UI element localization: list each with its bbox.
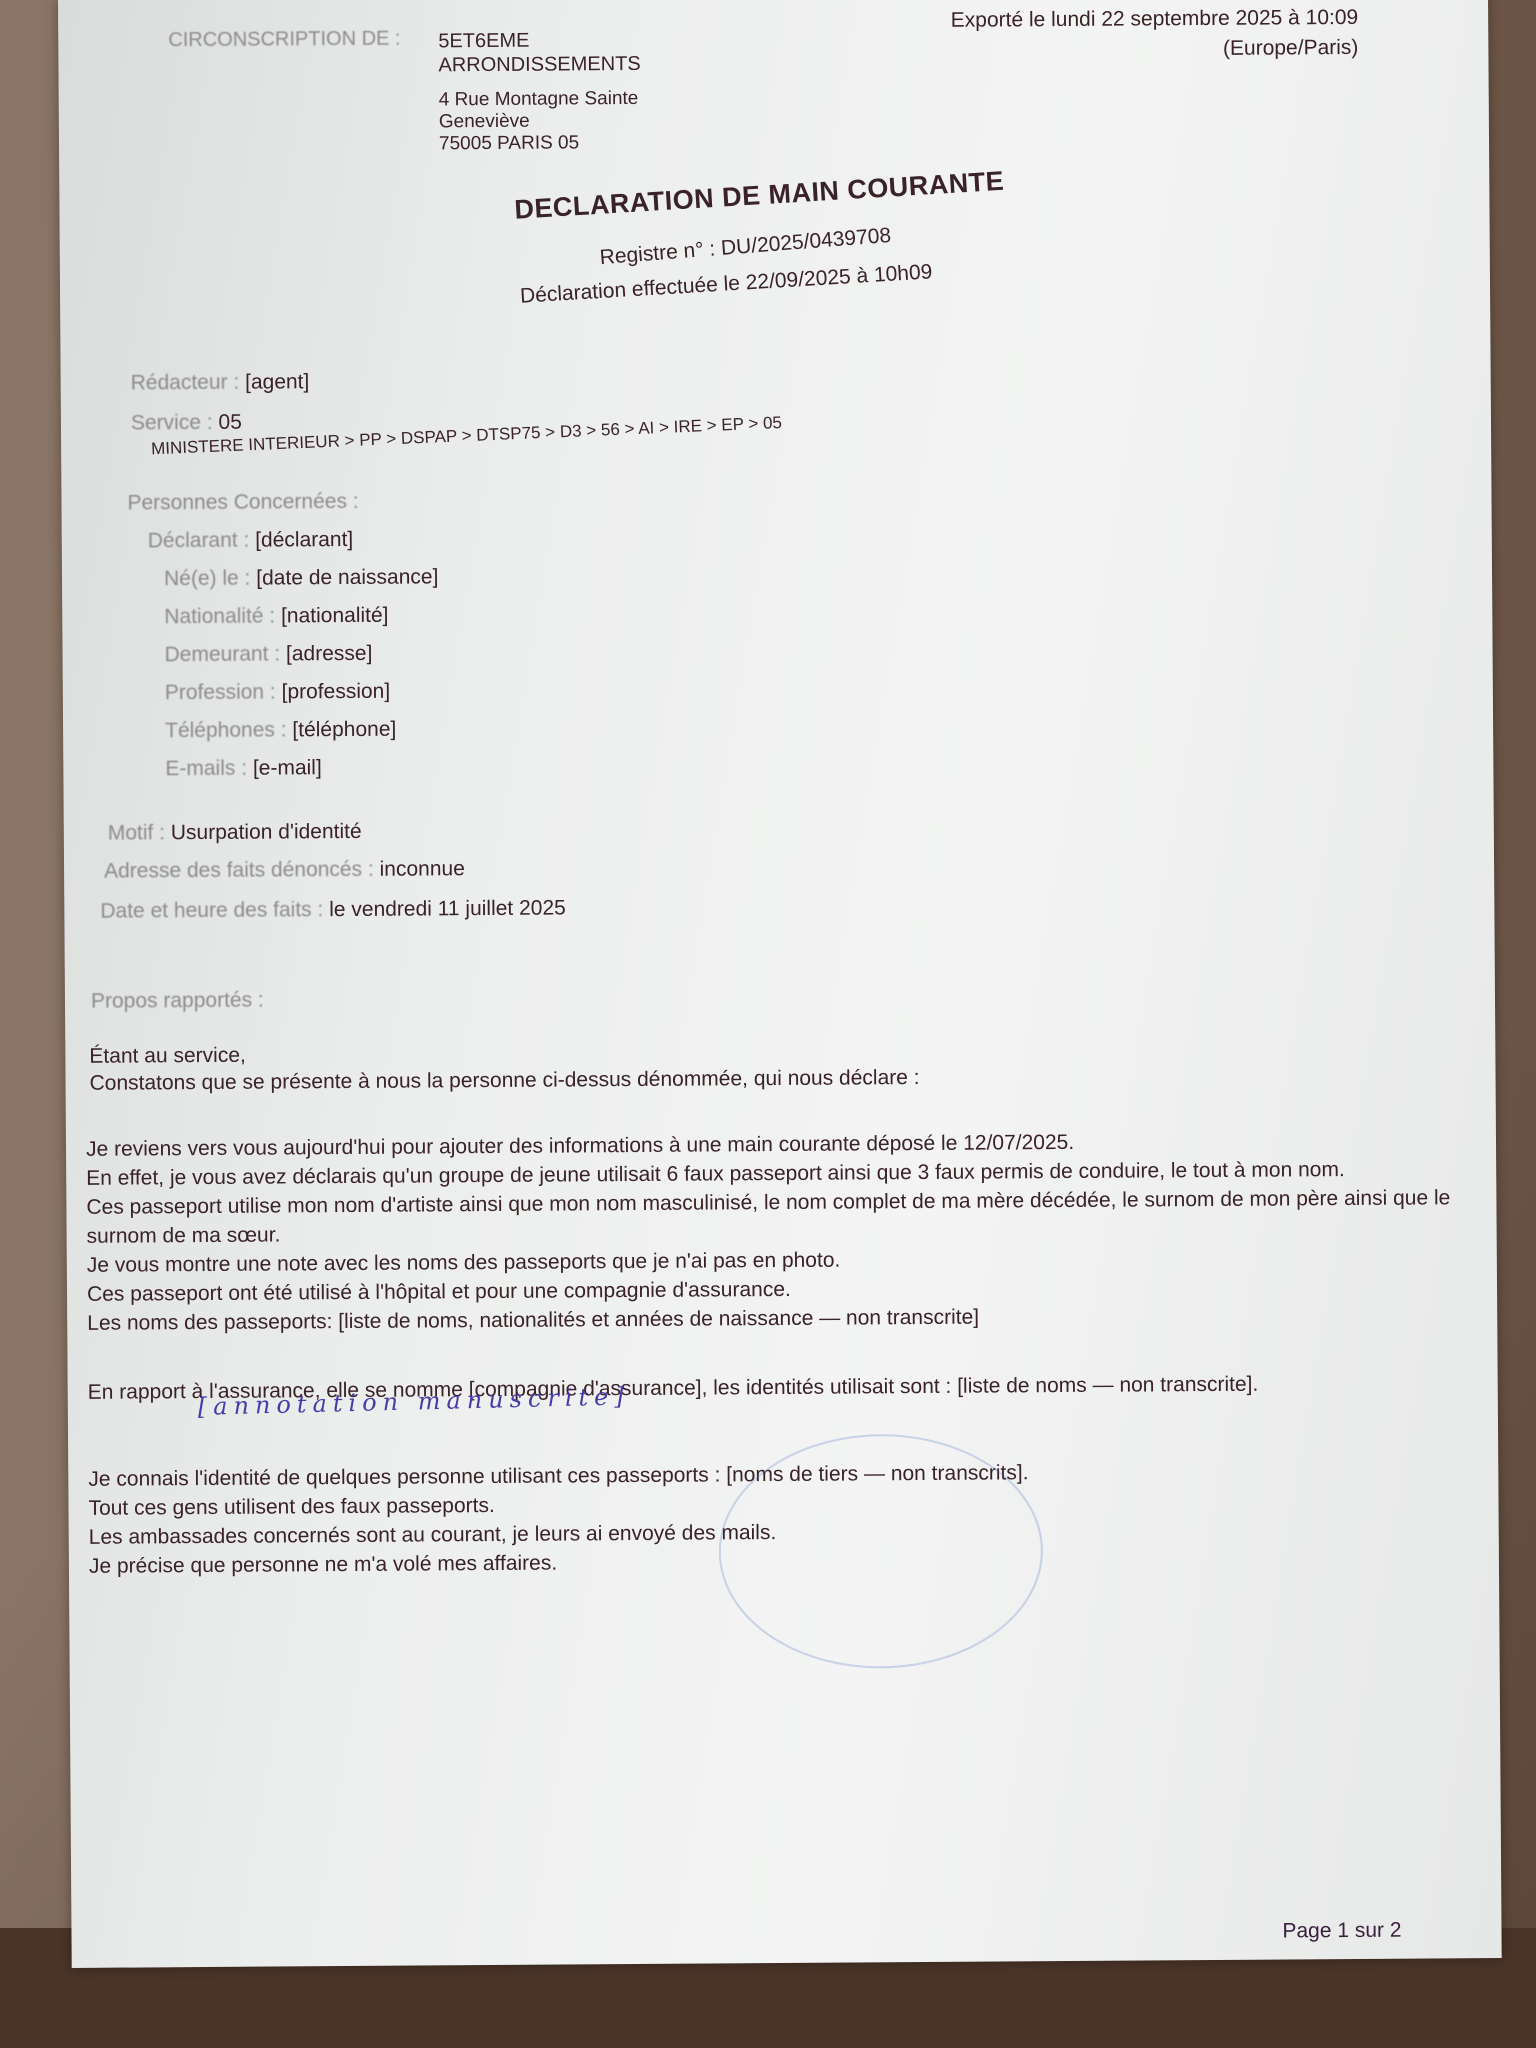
redacteur-value: [agent] <box>245 370 309 393</box>
field-profession: Profession : [profession] <box>149 679 440 719</box>
propos-heading: Propos rapportés : <box>91 989 264 1014</box>
motif-row: Motif : Usurpation d'identité <box>108 820 362 846</box>
date-faits-row: Date et heure des faits : le vendredi 11… <box>100 896 566 923</box>
field-naissance: Né(e) le : [date de naissance] <box>148 565 439 605</box>
redacteur-row: Rédacteur : [agent] <box>131 370 310 395</box>
field-nationalite: Nationalité : [nationalité] <box>148 603 439 643</box>
statement-line: Ces passeport utilise mon nom d'artiste … <box>86 1183 1456 1251</box>
export-line-2: (Europe/Paris) <box>951 33 1359 66</box>
propos-intro-2: Constatons que se présente à nous la per… <box>89 1066 919 1096</box>
registre-number: Registre n° : DU/2025/0439708 <box>599 224 892 270</box>
propos-intro-1: Étant au service, <box>89 1044 246 1069</box>
document-page: CIRCONSCRIPTION DE : 5ET6EME ARRONDISSEM… <box>58 0 1502 1968</box>
page-number: Page 1 sur 2 <box>1282 1919 1401 1944</box>
field-demeurant: Demeurant : [adresse] <box>148 641 439 681</box>
police-stamp <box>718 1433 1044 1669</box>
adresse-faits-row: Adresse des faits dénoncés : inconnue <box>104 857 465 884</box>
address-line-2: 75005 PARIS 05 <box>439 132 699 156</box>
address-line-1: 4 Rue Montagne Sainte Geneviève <box>439 88 699 134</box>
field-declarant: Déclarant : [déclarant] <box>148 527 439 567</box>
export-line-1: Exporté le lundi 22 septembre 2025 à 10:… <box>951 3 1359 36</box>
redacteur-label: Rédacteur : <box>131 371 240 395</box>
personnes-fields: Déclarant : [déclarant] Né(e) le : [date… <box>148 527 440 795</box>
declaration-date: Déclaration effectuée le 22/09/2025 à 10… <box>519 260 933 308</box>
document-title: DECLARATION DE MAIN COURANTE <box>514 166 1005 226</box>
personnes-heading: Personnes Concernées : <box>127 490 358 516</box>
service-path: MINISTERE INTERIEUR > PP > DSPAP > DTSP7… <box>151 413 783 459</box>
circonscription-address: 4 Rue Montagne Sainte Geneviève 75005 PA… <box>439 88 699 156</box>
service-row: Service : 05 <box>131 411 242 436</box>
service-label: Service : <box>131 411 213 435</box>
field-telephones: Téléphones : [téléphone] <box>149 717 440 757</box>
export-timestamp: Exporté le lundi 22 septembre 2025 à 10:… <box>951 3 1359 66</box>
circonscription-value: 5ET6EME ARRONDISSEMENTS <box>438 28 698 78</box>
service-value: 05 <box>218 411 242 434</box>
circonscription-label: CIRCONSCRIPTION DE : <box>168 28 400 53</box>
field-emails: E-mails : [e-mail] <box>149 755 440 795</box>
